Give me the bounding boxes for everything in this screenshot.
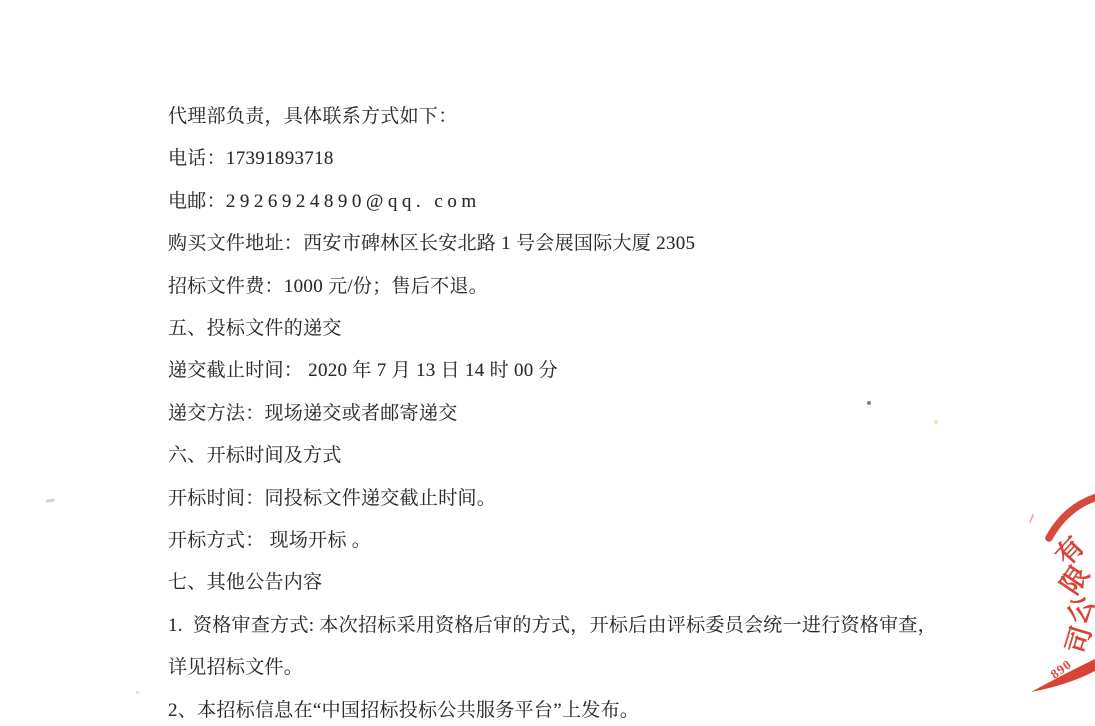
bid-opening-method-line: 开标方式： 现场开标 。	[168, 520, 978, 562]
scan-artifact	[867, 401, 871, 405]
seal-tick-icon	[1030, 515, 1033, 522]
company-seal: 有 限 公 司 890	[1024, 494, 1095, 704]
document-text-block: 代理部负责，具体联系方式如下： 电话：17391893718 电邮：292692…	[168, 96, 978, 726]
document-fee-line: 招标文件费：1000 元/份；售后不退。	[168, 266, 978, 308]
phone-label: 电话：	[168, 148, 226, 169]
publish-platform-line: 2、本招标信息在“中国招标投标公共服务平台”上发布。	[168, 690, 978, 726]
scan-artifact	[136, 691, 139, 694]
seal-arc-top-icon	[1049, 497, 1095, 538]
qualification-review-line: 1. 资格审查方式: 本次招标采用资格后审的方式，开标后由评标委员会统一进行资格…	[168, 605, 978, 647]
email-label: 电邮：	[168, 191, 226, 212]
section-seven-heading: 七、其他公告内容	[168, 562, 978, 604]
section-six-heading: 六、开标时间及方式	[168, 435, 978, 477]
email-line: 电邮：2926924890@qq. com	[168, 181, 978, 223]
seal-character-si: 司	[1061, 623, 1095, 658]
bid-opening-time-line: 开标时间：同投标文件递交截止时间。	[168, 478, 978, 520]
scan-artifact	[46, 498, 55, 502]
intro-line: 代理部负责，具体联系方式如下：	[168, 96, 978, 138]
phone-line: 电话：17391893718	[168, 138, 978, 180]
submission-deadline-line: 递交截止时间： 2020 年 7 月 13 日 14 时 00 分	[168, 350, 978, 392]
scanned-tender-document-page: 代理部负责，具体联系方式如下： 电话：17391893718 电邮：292692…	[0, 0, 1095, 726]
scan-artifact	[934, 420, 938, 424]
qualification-review-continued-line: 详见招标文件。	[168, 647, 978, 689]
purchase-address-line: 购买文件地址：西安市碑林区长安北路 1 号会展国际大厦 2305	[168, 223, 978, 265]
seal-character-gong: 公	[1062, 591, 1095, 628]
section-five-heading: 五、投标文件的递交	[168, 308, 978, 350]
phone-value: 17391893718	[226, 148, 334, 169]
submission-method-line: 递交方法：现场递交或者邮寄递交	[168, 393, 978, 435]
email-value: 2926924890@qq. com	[226, 191, 481, 212]
